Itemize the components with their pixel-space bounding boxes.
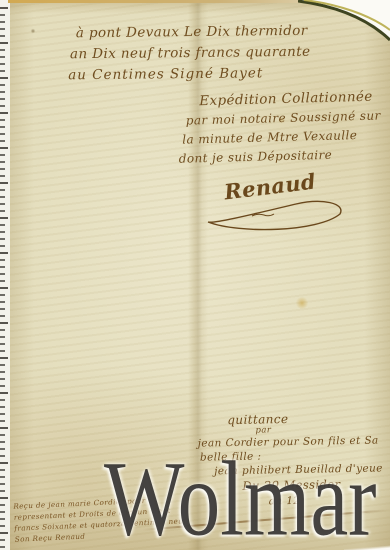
wolmar-watermark: Wolmar	[104, 446, 377, 550]
expedition-clause: Expédition Collationnée par moi notaire …	[185, 87, 382, 168]
signature-flourish	[200, 190, 350, 238]
upper-note: à pont Devaux Le Dix thermidor an Dix ne…	[76, 21, 311, 86]
handwritten-line: an Dix neuf trois francs quarante	[70, 42, 311, 66]
scanned-document: à pont Devaux Le Dix thermidor an Dix ne…	[0, 0, 390, 550]
folded-corner	[298, 0, 390, 48]
handwritten-line: à pont Devaux Le Dix thermidor	[76, 21, 311, 44]
binding-ticks-long	[0, 7, 8, 548]
stitched-binding-edge	[0, 0, 10, 550]
handwritten-line: au Centimes Signé Bayet	[68, 63, 311, 87]
